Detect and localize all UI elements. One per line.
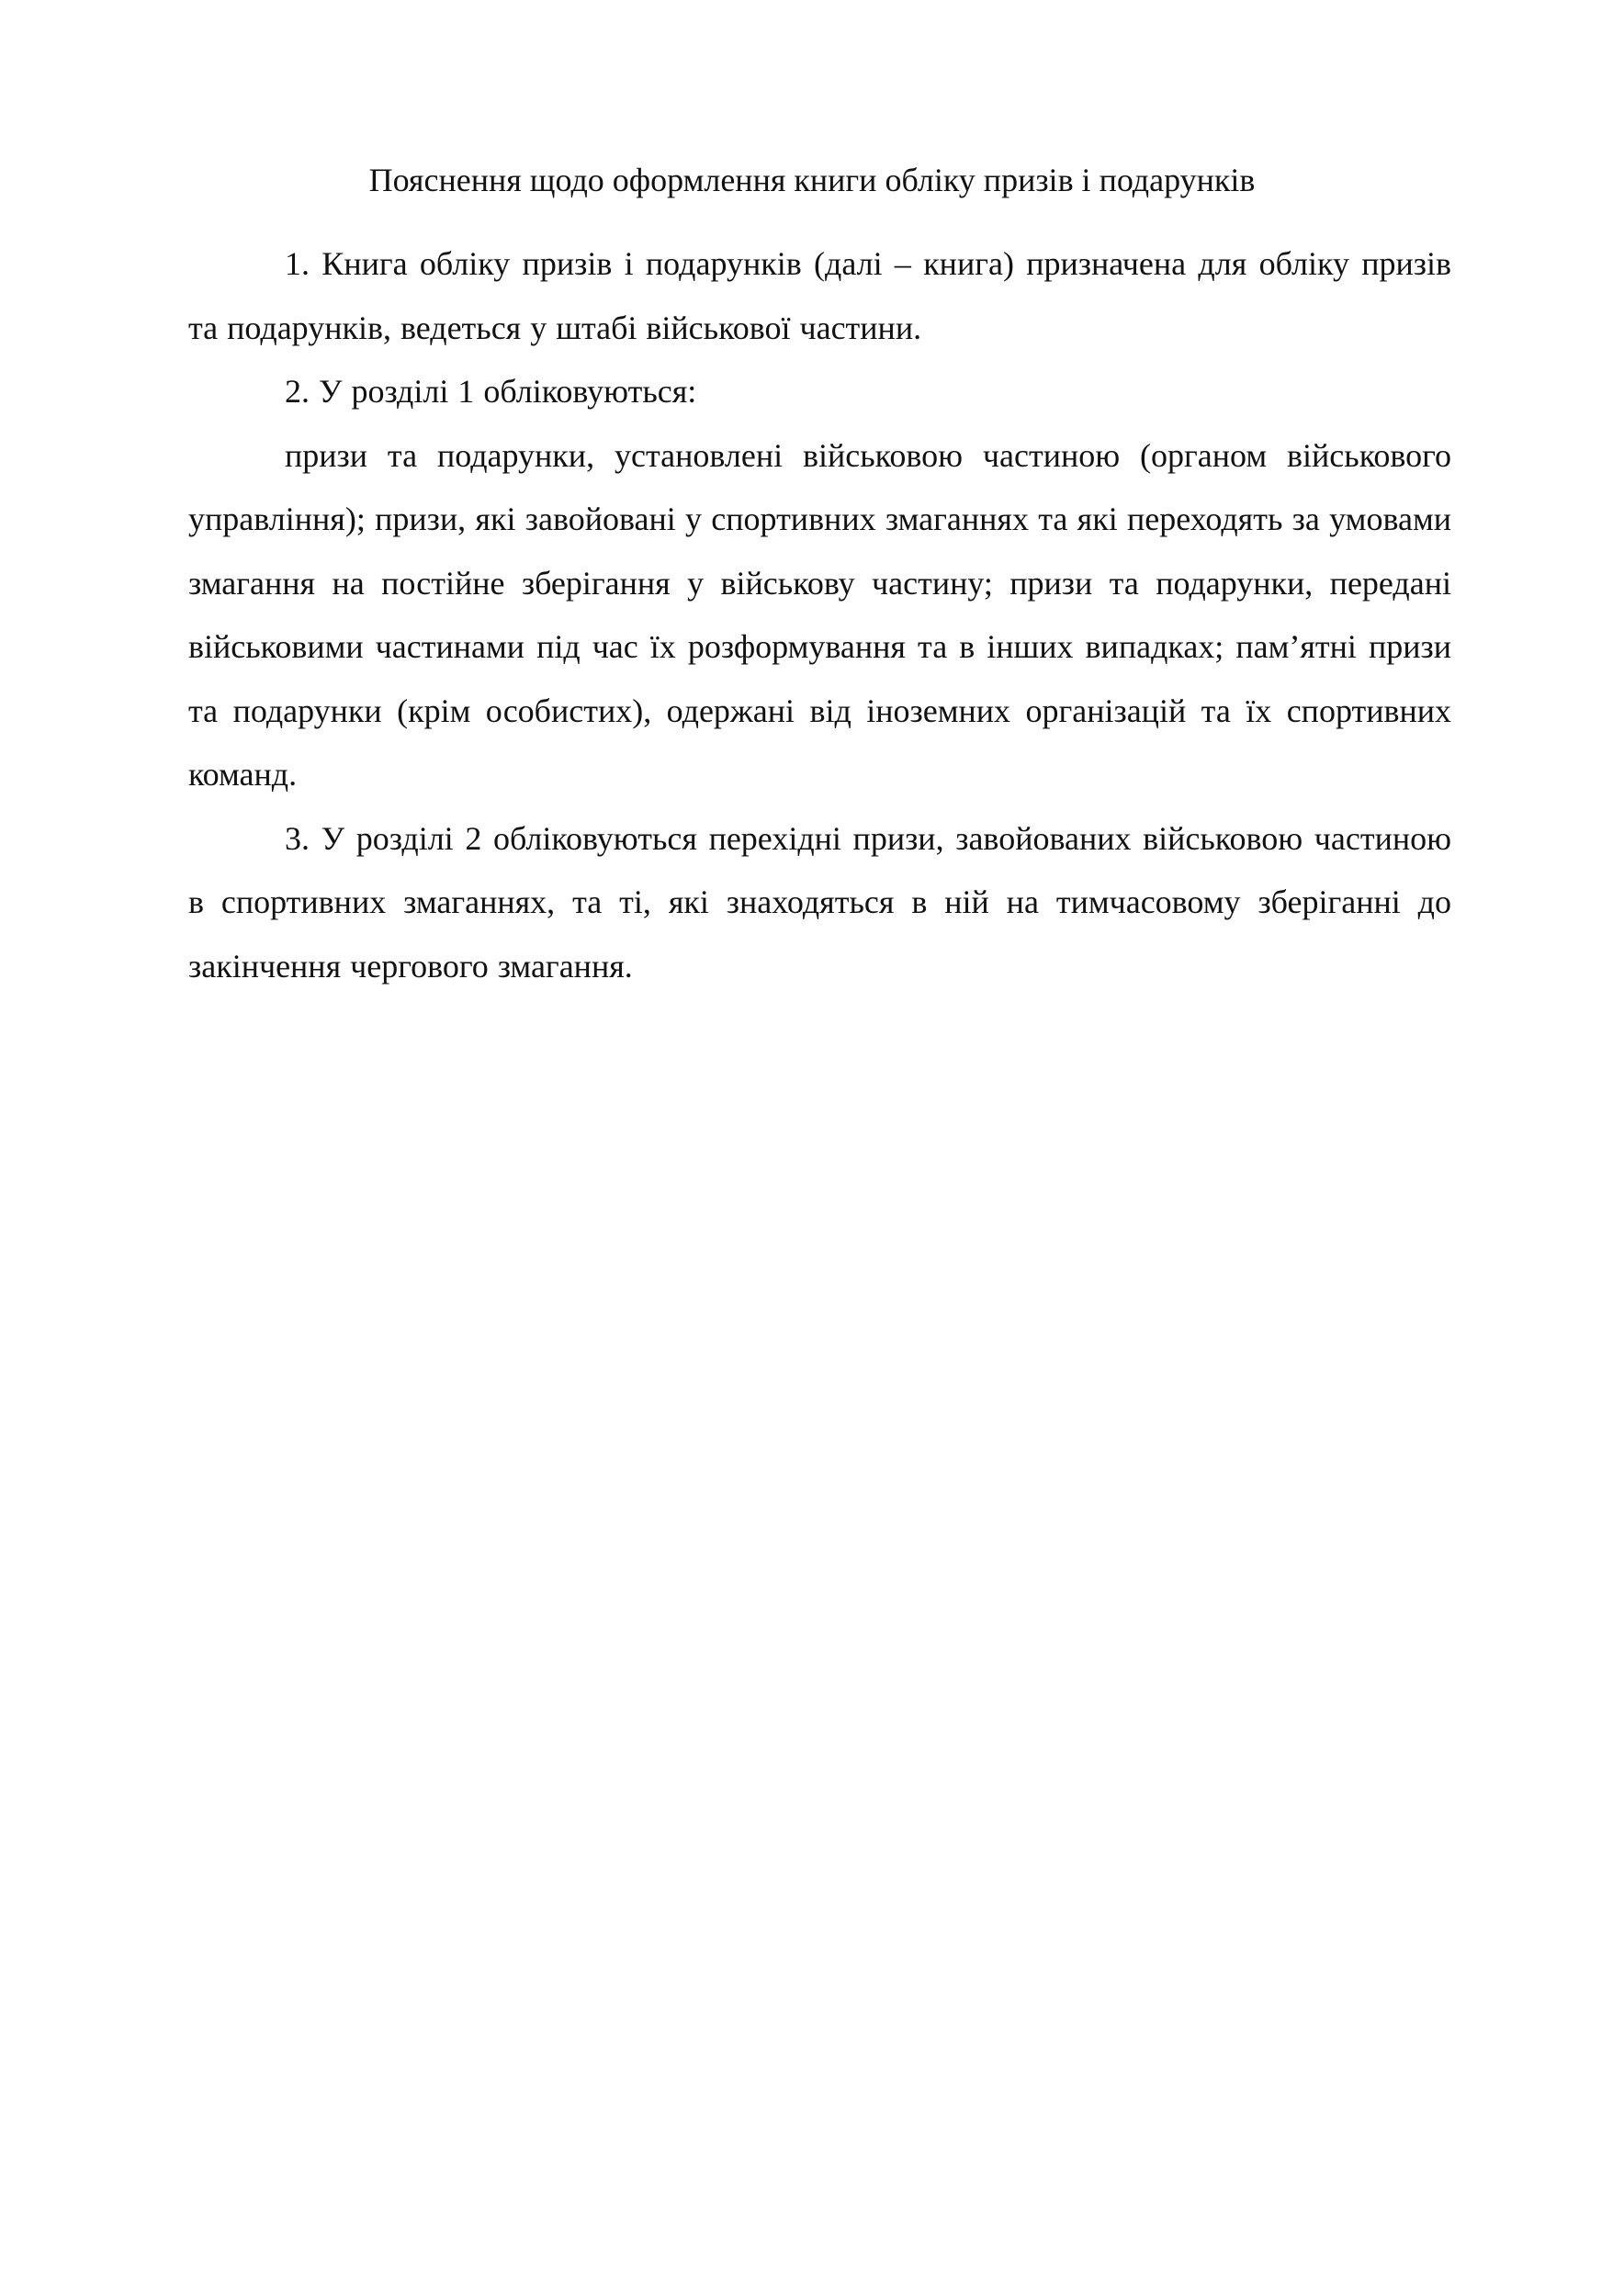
- paragraph-3: призи та подарунки, установлені військов…: [188, 424, 1451, 807]
- paragraph-1: 1. Книга обліку призів і подарунків (дал…: [188, 232, 1451, 360]
- document-body: 1. Книга обліку призів і подарунків (дал…: [188, 232, 1451, 998]
- document-page: Пояснення щодо оформлення книги обліку п…: [0, 0, 1624, 2296]
- paragraph-4: 3. У розділі 2 обліковуються перехідні п…: [188, 807, 1451, 999]
- paragraph-2: 2. У розділі 1 обліковуються:: [188, 360, 1451, 424]
- document-title: Пояснення щодо оформлення книги обліку п…: [0, 158, 1624, 202]
